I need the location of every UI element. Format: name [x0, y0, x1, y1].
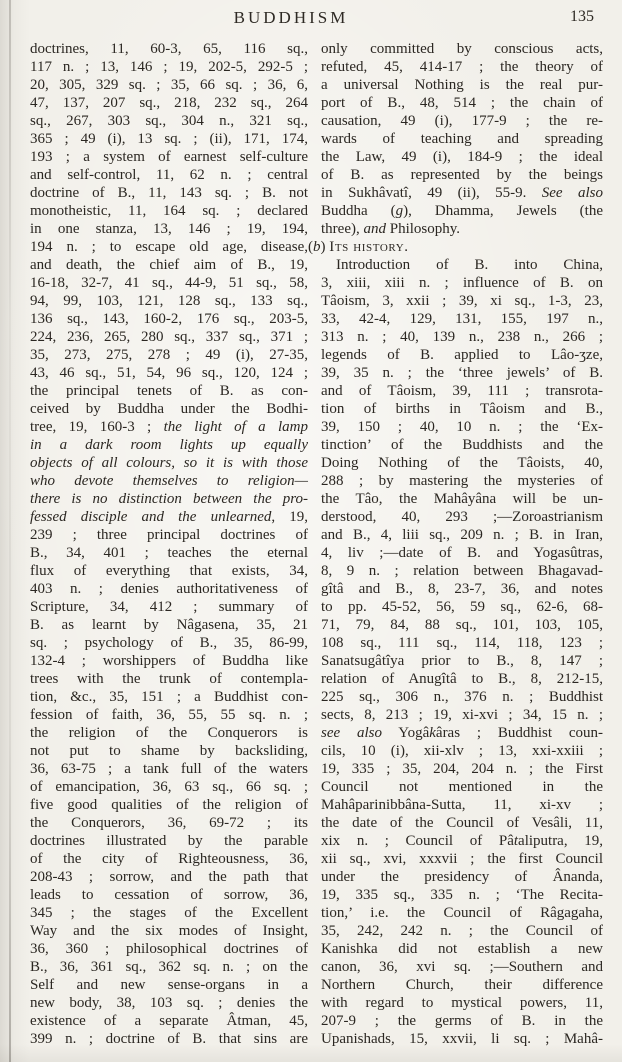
text-line: and self-control, 11, 62 n. ; central [30, 166, 308, 184]
text-line: 239 ; three principal doctrines of [30, 526, 308, 544]
text-line: Mahâparinibbâna-Sutta, 11, xi-xv ; [321, 796, 603, 814]
text-line: 35, 273, 275, 278 ; 49 (i), 27-35, [30, 346, 308, 364]
text-line: 365 ; 49 (i), 13 sq. ; (ii), 171, 174, [30, 130, 308, 148]
text-line: see also Yogâkâras ; Buddhist coun- [321, 724, 603, 742]
text-line: three), and Philosophy. [321, 220, 603, 238]
text-line: 36, 63-75 ; a tank full of the waters [30, 760, 308, 778]
text-line: trees with the trunk of contempla- [30, 670, 308, 688]
text-line: monotheistic, 11, 164 sq. ; declared [30, 202, 308, 220]
text-line: B., 34, 401 ; teaches the eternal [30, 544, 308, 562]
page-number: 135 [570, 8, 594, 26]
text-line: tion,’ i.e. the Council of Râgagaha, [321, 904, 603, 922]
text-line: 225 sq., 306 n., 376 n. ; Buddhist [321, 688, 603, 706]
text-line: legends of B. applied to Lâo-ʒze, [321, 346, 603, 364]
text-line: 39, 150 ; 40, 10 n. ; the ‘Ex- [321, 418, 603, 436]
text-line: (b) Its history. [308, 238, 603, 256]
text-line: 39, 35 n. ; the ‘three jewels’ of B. [321, 364, 603, 382]
text-line: flux of everything that exists, 34, [30, 562, 308, 580]
text-line: 19, 335 ; 35, 204, 204 n. ; the First [321, 760, 603, 778]
text-line: 207-9 ; the germs of B. in the [321, 1012, 603, 1030]
text-line: port of B., 48, 514 ; the chain of [321, 94, 603, 112]
right-column: only committed by conscious acts,refuted… [321, 40, 603, 1048]
text-line: 3, xiii, xiii n. ; influence of B. on [321, 274, 603, 292]
text-line: 8, 9 n. ; relation between Bhagavad- [321, 562, 603, 580]
text-line: 208-43 ; sorrow, and the path that [30, 868, 308, 886]
text-line: Introduction of B. into China, [321, 256, 603, 274]
text-line: B. as learnt by Nâgasena, 35, 21 [30, 616, 308, 634]
text-line: gîtâ and B., 8, 23-7, 36, and notes [321, 580, 603, 598]
text-line: of the city of Righteousness, 36, [30, 850, 308, 868]
text-line: and of Tâoism, 39, 111 ; transrota- [321, 382, 603, 400]
text-line: leads to cessation of sorrow, 36, [30, 886, 308, 904]
text-line: 117 n. ; 13, 146 ; 19, 202-5, 292-5 ; [30, 58, 308, 76]
text-line: doctrines illustrated by the parable [30, 832, 308, 850]
text-line: Northern Church, their difference [321, 976, 603, 994]
text-line: 47, 137, 207 sq., 218, 232 sq., 264 [30, 94, 308, 112]
text-line: 403 n. ; denies authoritativeness of [30, 580, 308, 598]
text-line: xix n. ; Council of Pâtaliputra, 19, [321, 832, 603, 850]
text-line: wards of teaching and spreading [321, 130, 603, 148]
text-line: to pp. 45-52, 56, 59 sq., 62-6, 68- [321, 598, 603, 616]
text-line: in one stanza, 13, 146 ; 19, 194, [30, 220, 308, 238]
text-line: doctrines, 11, 60-3, 65, 116 sq., [30, 40, 308, 58]
text-line: existence of a separate Âtman, 45, [30, 1012, 308, 1030]
text-line: Tâoism, 3, xxii ; 39, xi sq., 1-3, 23, [321, 292, 603, 310]
text-line: 288 ; by mastering the mysteries of [321, 472, 603, 490]
text-line: sects, 8, 213 ; 19, xi-xvi ; 34, 15 n. ; [321, 706, 603, 724]
text-line: Sanatsugâtîya prior to B., 8, 147 ; [321, 652, 603, 670]
text-line: relation of Anugîtâ to B., 8, 212-15, [321, 670, 603, 688]
text-line: 19, 335 sq., 335 n. ; ‘The Recita- [321, 886, 603, 904]
text-line: there is no distinction between the pro- [30, 490, 308, 508]
text-line: only committed by conscious acts, [321, 40, 603, 58]
text-line: under the presidency of Ânanda, [321, 868, 603, 886]
text-line: the principal tenets of B. as con- [30, 382, 308, 400]
text-line: tion of births in Tâoism and B., [321, 400, 603, 418]
text-line: sq. ; psychology of B., 35, 86-99, [30, 634, 308, 652]
text-line: Way and the six modes of Insight, [30, 922, 308, 940]
text-line: the Conquerors, 36, 69-72 ; its [30, 814, 308, 832]
text-line: the Tâo, the Mahâyâna will be un- [321, 490, 603, 508]
text-line: derstood, 40, 293 ;—Zoroastrianism [321, 508, 603, 526]
text-line: refuted, 45, 414-17 ; the theory of [321, 58, 603, 76]
text-line: ceived by Buddha under the Bodhi- [30, 400, 308, 418]
text-line: Self and new sense-organs in a [30, 976, 308, 994]
text-line: new body, 38, 103 sq. ; denies the [30, 994, 308, 1012]
text-line: tinction’ of the Buddhists and the [321, 436, 603, 454]
text-line: in Sukhâvatî, 49 (ii), 55-9. See also [321, 184, 603, 202]
text-line: Kanishka did not establish a new [321, 940, 603, 958]
text-line: xii sq., xvi, xxxvii ; the first Council [321, 850, 603, 868]
text-line: the religion of the Conquerors is [30, 724, 308, 742]
text-line: 43, 46 sq., 51, 54, 96 sq., 120, 124 ; [30, 364, 308, 382]
text-line: tree, 19, 160-3 ; the light of a lamp [30, 418, 308, 436]
text-line: cils, 10 (i), xii-xlv ; 13, xxi-xxiii ; [321, 742, 603, 760]
text-line: and death, the chief aim of B., 19, [30, 256, 308, 274]
text-line: 108 sq., 111 sq., 114, 118, 123 ; [321, 634, 603, 652]
text-line: 132-4 ; worshippers of Buddha like [30, 652, 308, 670]
text-line: five good qualities of the religion of [30, 796, 308, 814]
text-line: in a dark room lights up equally [30, 436, 308, 454]
text-line: 345 ; the stages of the Excellent [30, 904, 308, 922]
text-line: Council not mentioned in the [321, 778, 603, 796]
text-line: who devote themselves to religion— [30, 472, 308, 490]
text-line: with regard to mystical powers, 11, [321, 994, 603, 1012]
text-line: canon, 36, xvi sq. ;—Southern and [321, 958, 603, 976]
text-line: 313 n. ; 40, 139 n., 238 n., 266 ; [321, 328, 603, 346]
text-line: not put to shame by backsliding, [30, 742, 308, 760]
text-line: 194 n. ; to escape old age, disease, [30, 238, 308, 256]
text-line: tion, &c., 35, 151 ; a Buddhist con- [30, 688, 308, 706]
left-column: doctrines, 11, 60-3, 65, 116 sq.,117 n. … [30, 40, 308, 1048]
text-line: the date of the Council of Vesâli, 11, [321, 814, 603, 832]
text-line: Upanishads, 15, xxvii, li sq. ; Mahâ- [321, 1030, 603, 1048]
text-line: 136 sq., 143, 160-2, 176 sq., 203-5, [30, 310, 308, 328]
text-line: sq., 267, 303 sq., 304 n., 321 sq., [30, 112, 308, 130]
text-line: 193 ; a system of earnest self-culture [30, 148, 308, 166]
text-line: 94, 99, 103, 121, 128 sq., 133 sq., [30, 292, 308, 310]
text-line: of B. as represented by the beings [321, 166, 603, 184]
text-line: 16-18, 32-7, 41 sq., 44-9, 51 sq., 58, [30, 274, 308, 292]
text-line: Buddha (g), Dhamma, Jewels (the [321, 202, 603, 220]
text-line: fession of faith, 36, 55, 55 sq. n. ; [30, 706, 308, 724]
text-line: causation, 49 (i), 177-9 ; the re- [321, 112, 603, 130]
page-header: BUDDHISM 135 [0, 8, 622, 32]
text-line: 35, 242, 242 n. ; the Council of [321, 922, 603, 940]
text-line: of emancipation, 36, 63 sq., 66 sq. ; [30, 778, 308, 796]
text-line: Doing Nothing of the Tâoists, 40, [321, 454, 603, 472]
text-line: fessed disciple and the unlearned, 19, [30, 508, 308, 526]
text-line: 33, 42-4, 129, 131, 155, 197 n., [321, 310, 603, 328]
running-head-title: BUDDHISM [0, 8, 582, 28]
text-line: and B., 4, liii sq., 209 n. ; B. in Iran… [321, 526, 603, 544]
text-line: objects of all colours, so it is with th… [30, 454, 308, 472]
text-line: B., 36, 361 sq., 362 sq. n. ; on the [30, 958, 308, 976]
text-line: doctrine of B., 11, 143 sq. ; B. not [30, 184, 308, 202]
text-line: the Law, 49 (i), 184-9 ; the ideal [321, 148, 603, 166]
text-line: 399 n. ; doctrine of B. that sins are [30, 1030, 308, 1048]
text-line: 20, 305, 329 sq. ; 35, 66 sq. ; 36, 6, [30, 76, 308, 94]
text-line: 4, liv ;—date of B. and Yogasûtras, [321, 544, 603, 562]
text-line: 71, 79, 84, 88 sq., 101, 103, 105, [321, 616, 603, 634]
text-line: a universal Nothing is the real pur- [321, 76, 603, 94]
text-line: Scripture, 34, 412 ; summary of [30, 598, 308, 616]
page-edge-shadow [9, 0, 11, 1062]
text-line: 224, 236, 265, 280 sq., 337 sq., 371 ; [30, 328, 308, 346]
text-line: 36, 360 ; philosophical doctrines of [30, 940, 308, 958]
